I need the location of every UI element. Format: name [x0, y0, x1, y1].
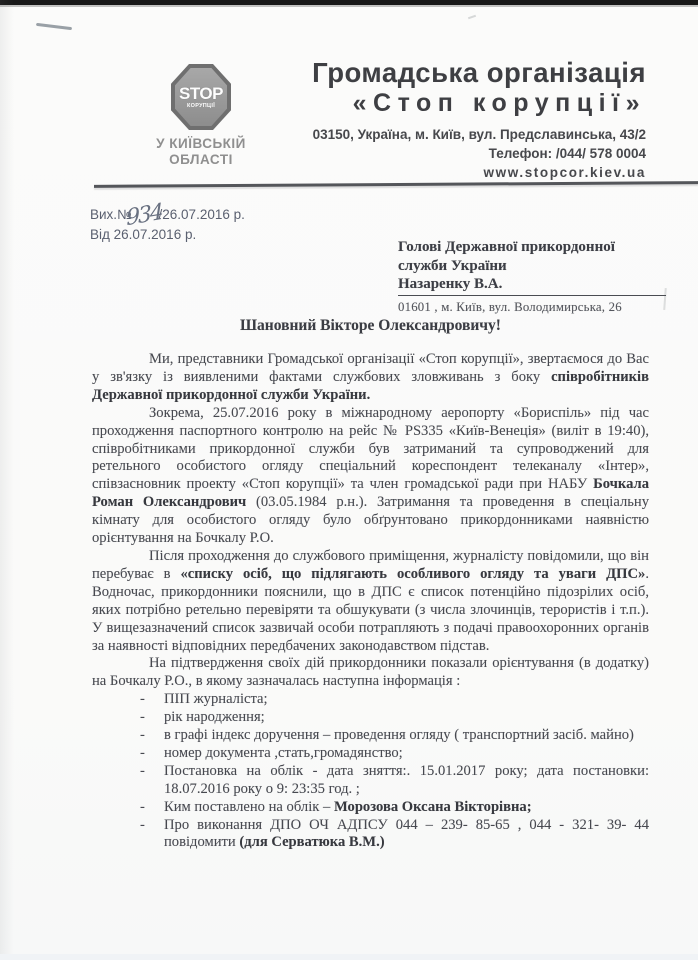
stop-sign-logo: STOP КОРУПЦІЇ [171, 64, 231, 130]
list-item: -рік народження; [92, 709, 649, 727]
list-item: -Постановка на облік - дата зняття:. 15.… [92, 763, 649, 799]
list-item: -в графі індекс доручення – проведення о… [92, 727, 649, 745]
orientation-details-list: -ПІП журналіста;-рік народження;-в графі… [92, 691, 649, 852]
text-segment: Зокрема, 25.07.2016 року в міжнародному … [92, 405, 649, 493]
addressee-line2: служби України [398, 257, 666, 276]
text-segment: Про виконання ДПО ОЧ АДПСУ 044 – 239- 85… [164, 817, 649, 851]
org-address: 03150, Україна, м. Київ, вул. Предславин… [226, 125, 646, 144]
text-segment: Ким поставлено на облік – [164, 799, 334, 815]
addressee-address: 01601 , м. Київ, вул. Володимирська, 26 [398, 298, 666, 317]
list-dash: - [140, 691, 145, 709]
letterhead: Громадська організація «Стоп корупції» 0… [226, 58, 646, 182]
bold-text-segment: Морозова Оксана Вікторівна; [334, 799, 532, 815]
bold-text-segment: (для Серватюка В.М.) [239, 834, 384, 850]
list-dash: - [140, 799, 145, 817]
list-item: -Ким поставлено на облік – Морозова Окса… [92, 799, 649, 817]
addressee-block: Голові Державної прикордонної служби Укр… [398, 238, 666, 316]
logo-corruption-text: КОРУПЦІЇ [187, 103, 215, 109]
addressee-name: Назаренку В.А. [398, 275, 666, 296]
handwritten-number: 934 [125, 203, 161, 229]
body-paragraph: На підтвердження своїх дій прикордонники… [92, 655, 649, 691]
list-dash: - [140, 817, 145, 835]
scan-bottom-edge [0, 954, 698, 960]
body-paragraph: Зокрема, 25.07.2016 року в міжнародному … [92, 405, 649, 548]
letter-body: Ми, представники Громадської організації… [92, 351, 649, 852]
letterhead-divider [94, 181, 698, 188]
list-item: -ПІП журналіста; [92, 691, 649, 709]
reference-block: Вих.№934/26.07.2016 р. Від 26.07.2016 р. [90, 203, 245, 245]
scan-left-shadow [0, 0, 14, 960]
outgoing-number-line: Вих.№934/26.07.2016 р. [90, 203, 245, 225]
org-name-line2: «Стоп корупції» [226, 88, 646, 118]
bold-text-segment: «списку осіб, що підлягають особливого о… [180, 566, 645, 582]
scan-top-edge [0, 0, 698, 5]
list-item: -номер документа ,стать,громадянство; [92, 745, 649, 763]
org-website: www.stopcor.kiev.ua [226, 163, 646, 182]
body-paragraphs: Ми, представники Громадської організації… [92, 351, 649, 691]
text-segment: в графі індекс доручення – проведення ог… [164, 727, 634, 743]
scan-artifact [468, 15, 476, 20]
text-segment: Постановка на облік - дата зняття:. 15.0… [164, 763, 649, 797]
salutation: Шановний Вікторе Олександровичу! [92, 317, 649, 335]
outgoing-number-date: /26.07.2016 р. [159, 207, 245, 222]
text-segment: номер документа ,стать,громадянство; [164, 745, 403, 761]
pen-mark [36, 23, 72, 30]
body-paragraph: Ми, представники Громадської організації… [92, 351, 649, 405]
list-dash: - [140, 745, 145, 763]
scanned-letter-page: STOP КОРУПЦІЇ У КИЇВСЬКІЙ ОБЛАСТІ Громад… [0, 0, 698, 960]
list-item: -Про виконання ДПО ОЧ АДПСУ 044 – 239- 8… [92, 817, 649, 853]
stop-sign-inner: STOP КОРУПЦІЇ [175, 68, 227, 126]
list-dash: - [140, 727, 145, 745]
addressee-line1: Голові Державної прикордонної [398, 238, 666, 257]
list-dash: - [140, 709, 145, 727]
list-dash: - [140, 763, 145, 781]
org-phone: Телефон: /044/ 578 0004 [226, 144, 646, 163]
text-segment: ПІП журналіста; [164, 691, 268, 707]
body-paragraph: Після проходження до службового приміщен… [92, 548, 649, 655]
org-name-line1: Громадська організація [226, 58, 646, 88]
text-segment: На підтвердження своїх дій прикордонники… [92, 655, 649, 689]
logo-stop-text: STOP [179, 86, 223, 102]
from-date-line: Від 26.07.2016 р. [90, 225, 245, 245]
text-segment: рік народження; [164, 709, 265, 725]
